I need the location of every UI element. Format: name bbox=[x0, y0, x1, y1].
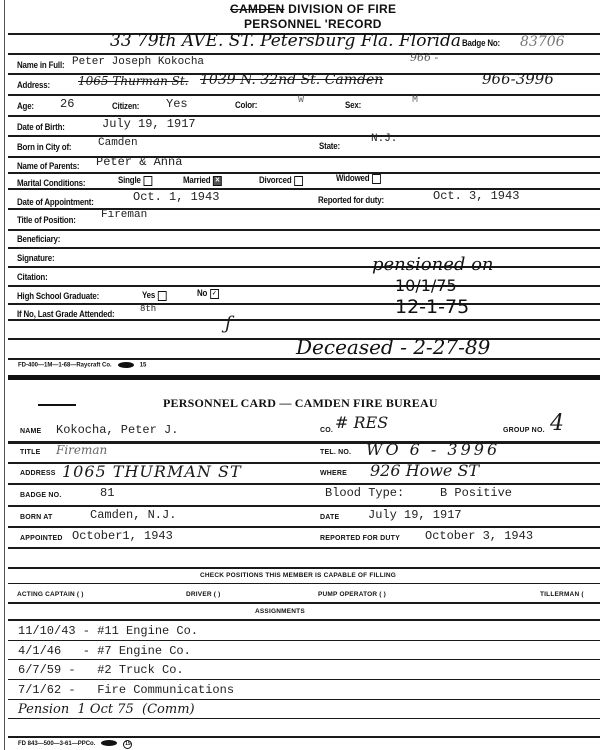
handwritten-mark: ƒ bbox=[225, 313, 232, 334]
rule bbox=[8, 505, 600, 507]
state-label: State: bbox=[319, 141, 340, 151]
assignment-row: 11/10/43 - #11 Engine Co. bbox=[18, 624, 198, 638]
citation-label: Citation: bbox=[17, 272, 48, 282]
divorced-label: Divorced bbox=[259, 175, 291, 185]
union-bug-icon bbox=[101, 740, 117, 746]
born-city-value: Camden bbox=[98, 137, 138, 149]
form-code-2: FD 843—500—3-61—PPCo. bbox=[18, 741, 95, 747]
marital-single[interactable]: Single bbox=[118, 175, 152, 186]
appointment-value: Oct. 1, 1943 bbox=[133, 190, 219, 204]
position-label: Title of Position: bbox=[17, 215, 76, 225]
divorced-checkbox[interactable] bbox=[294, 176, 303, 186]
rule bbox=[8, 583, 600, 584]
circled-number-icon: 15 bbox=[123, 740, 132, 749]
title-label-2: TITLE bbox=[20, 449, 40, 456]
rule bbox=[8, 319, 600, 321]
footer-number: 15 bbox=[140, 363, 147, 369]
reported-label: Reported for duty: bbox=[318, 195, 384, 205]
card-footer: FD 843—500—3-61—PPCo.15 bbox=[18, 740, 132, 749]
record-footer: FD-400—1M—1-68—Raycraft Co.15 bbox=[18, 362, 146, 369]
address-struck-1: 1065 Thurman St. bbox=[78, 74, 188, 88]
widowed-label: Widowed bbox=[336, 173, 369, 183]
rule bbox=[8, 303, 600, 305]
title-value-2: Fireman bbox=[56, 443, 107, 457]
rule bbox=[8, 135, 600, 137]
group-label: GROUP NO. bbox=[503, 427, 545, 434]
name-value: Peter Joseph Kokocha bbox=[72, 56, 204, 68]
where-label: WHERE bbox=[320, 470, 347, 477]
date-label: DATE bbox=[320, 514, 339, 521]
citizen-label: Citizen: bbox=[112, 101, 139, 111]
appointed-value: October1, 1943 bbox=[72, 529, 173, 543]
hs-no-checkbox[interactable]: ✓ bbox=[210, 289, 219, 299]
last-grade-value: 8th bbox=[140, 304, 156, 314]
pension-date: 12-1-75 bbox=[395, 296, 469, 318]
rule bbox=[8, 659, 600, 660]
badge-label: Badge No: bbox=[462, 38, 500, 48]
rule bbox=[8, 619, 600, 621]
blood-value: B Positive bbox=[440, 486, 512, 500]
tel-value: WO 6 - 3996 bbox=[366, 440, 500, 459]
left-edge-line bbox=[4, 0, 5, 750]
date-value: July 19, 1917 bbox=[368, 508, 462, 522]
beneficiary-label: Beneficiary: bbox=[17, 234, 60, 244]
sex-value: M bbox=[412, 95, 418, 106]
married-checkbox[interactable]: ✕ bbox=[213, 176, 222, 186]
rule bbox=[8, 172, 600, 174]
record-title-line2: PERSONNEL 'RECORD bbox=[244, 17, 382, 31]
color-label: Color: bbox=[235, 100, 257, 110]
rule bbox=[8, 699, 600, 700]
tel-label: TEL. NO. bbox=[320, 449, 351, 456]
appointed-label: APPOINTED bbox=[20, 535, 63, 542]
dob-label: Date of Birth: bbox=[17, 122, 65, 132]
record-title-line1: CAMDEN DIVISION OF FIRE bbox=[230, 2, 396, 16]
rule bbox=[8, 358, 600, 360]
rule bbox=[8, 115, 600, 117]
married-label: Married bbox=[183, 175, 210, 185]
name-label: Name in Full: bbox=[17, 60, 64, 70]
widowed-checkbox[interactable] bbox=[372, 174, 381, 184]
position-tillerman[interactable]: TILLERMAN ( bbox=[540, 591, 584, 598]
co-label: CO. bbox=[320, 427, 333, 434]
marital-divorced[interactable]: Divorced bbox=[259, 175, 303, 186]
co-value: # RES bbox=[335, 413, 388, 432]
single-label: Single bbox=[118, 175, 141, 185]
reported-label-2: REPORTED FOR DUTY bbox=[320, 535, 400, 542]
rule bbox=[8, 640, 600, 641]
parents-value: Peter & Anna bbox=[96, 155, 182, 169]
hs-no-option[interactable]: No✓ bbox=[197, 288, 219, 299]
blood-label: Blood Type: bbox=[325, 486, 404, 500]
appointment-label: Date of Appointment: bbox=[17, 197, 94, 207]
rule bbox=[8, 53, 600, 55]
position-driver[interactable]: DRIVER ( ) bbox=[186, 591, 221, 598]
pensioned-note: pensioned on bbox=[372, 254, 494, 275]
address-struck-2: 1039 N. 32nd St. Camden bbox=[200, 72, 383, 88]
card-separator bbox=[8, 375, 600, 380]
parents-label: Name of Parents: bbox=[17, 161, 79, 171]
assignment-row: 4/1/46 - #7 Engine Co. bbox=[18, 644, 191, 658]
union-bug-icon bbox=[118, 362, 134, 368]
rule bbox=[8, 247, 600, 249]
born-at-label: BORN AT bbox=[20, 514, 53, 521]
hs-no-label: No bbox=[197, 288, 207, 298]
pension-note: Pension 1 Oct 75 (Comm) bbox=[18, 702, 195, 717]
color-value: W bbox=[298, 95, 304, 106]
hs-yes-option[interactable]: Yes bbox=[142, 290, 167, 301]
name-label-2: NAME bbox=[20, 428, 41, 435]
state-value: N.J. bbox=[371, 133, 397, 145]
rule bbox=[8, 266, 600, 268]
address-label-2: ADDRESS bbox=[20, 470, 56, 477]
age-value: 26 bbox=[60, 97, 74, 111]
reported-value-2: October 3, 1943 bbox=[425, 529, 533, 543]
rule bbox=[8, 208, 600, 210]
address-value-2: 1065 THURMAN ST bbox=[62, 462, 242, 481]
age-label: Age: bbox=[17, 101, 34, 111]
rule bbox=[8, 547, 600, 549]
group-value: 4 bbox=[550, 411, 564, 436]
born-city-label: Born in City of: bbox=[17, 142, 71, 152]
marital-label: Marital Conditions: bbox=[17, 178, 85, 188]
position-pump-operator[interactable]: PUMP OPERATOR ( ) bbox=[318, 591, 386, 598]
signature-label: Signature: bbox=[17, 253, 54, 263]
badge-value: 83706 bbox=[520, 34, 565, 50]
reported-value: Oct. 3, 1943 bbox=[433, 189, 519, 203]
hs-yes-label: Yes bbox=[142, 290, 155, 300]
rule bbox=[8, 679, 600, 680]
rule bbox=[8, 526, 600, 528]
hs-yes-checkbox[interactable] bbox=[158, 291, 167, 301]
rule bbox=[8, 736, 600, 738]
name-value-2: Kokocha, Peter J. bbox=[56, 423, 178, 437]
assignment-row: 7/1/62 - Fire Communications bbox=[18, 683, 234, 697]
dash-mark bbox=[38, 404, 76, 406]
hs-graduate-label: High School Graduate: bbox=[17, 291, 99, 301]
rule bbox=[8, 285, 600, 287]
phone-note-top: 966 - bbox=[410, 51, 438, 64]
rule bbox=[8, 718, 600, 719]
rule bbox=[8, 602, 600, 604]
marital-married[interactable]: Married✕ bbox=[183, 175, 222, 186]
rule bbox=[8, 483, 600, 485]
sex-label: Sex: bbox=[345, 100, 361, 110]
pension-date-struck: 10/1/75 bbox=[395, 276, 457, 295]
form-code: FD-400—1M—1-68—Raycraft Co. bbox=[18, 363, 112, 369]
single-checkbox[interactable] bbox=[143, 176, 152, 186]
handwritten-address-header: 33 79th AVE. ST. Petersburg Fla. Florida bbox=[110, 31, 461, 51]
title-rest: DIVISION OF FIRE bbox=[284, 2, 396, 16]
address-label: Address: bbox=[17, 80, 50, 90]
rule bbox=[8, 567, 600, 569]
address-2-text: 1039 N. 32nd St. Camden bbox=[200, 72, 383, 88]
marital-widowed[interactable]: Widowed bbox=[336, 173, 381, 184]
where-value: 926 Howe ST bbox=[370, 461, 479, 480]
born-at-value: Camden, N.J. bbox=[90, 508, 176, 522]
dob-value: July 19, 1917 bbox=[102, 117, 196, 131]
positions-heading: CHECK POSITIONS THIS MEMBER IS CAPABLE O… bbox=[200, 572, 396, 579]
card-title: PERSONNEL CARD — CAMDEN FIRE BUREAU bbox=[163, 396, 438, 411]
last-grade-label: If No, Last Grade Attended: bbox=[17, 309, 114, 319]
badge-value-2: 81 bbox=[100, 486, 114, 500]
struck-camden: CAMDEN bbox=[230, 2, 284, 16]
deceased-note: Deceased - 2-27-89 bbox=[296, 335, 490, 359]
citizen-value: Yes bbox=[166, 97, 188, 111]
rule bbox=[8, 229, 600, 231]
assignments-heading: ASSIGNMENTS bbox=[255, 608, 305, 615]
badge-label-2: BADGE NO. bbox=[20, 492, 61, 499]
position-value: Fireman bbox=[101, 209, 147, 221]
position-acting-captain[interactable]: ACTING CAPTAIN ( ) bbox=[17, 591, 84, 598]
address-phone: 966-3996 bbox=[482, 70, 554, 88]
assignment-row: 6/7/59 - #2 Truck Co. bbox=[18, 663, 184, 677]
